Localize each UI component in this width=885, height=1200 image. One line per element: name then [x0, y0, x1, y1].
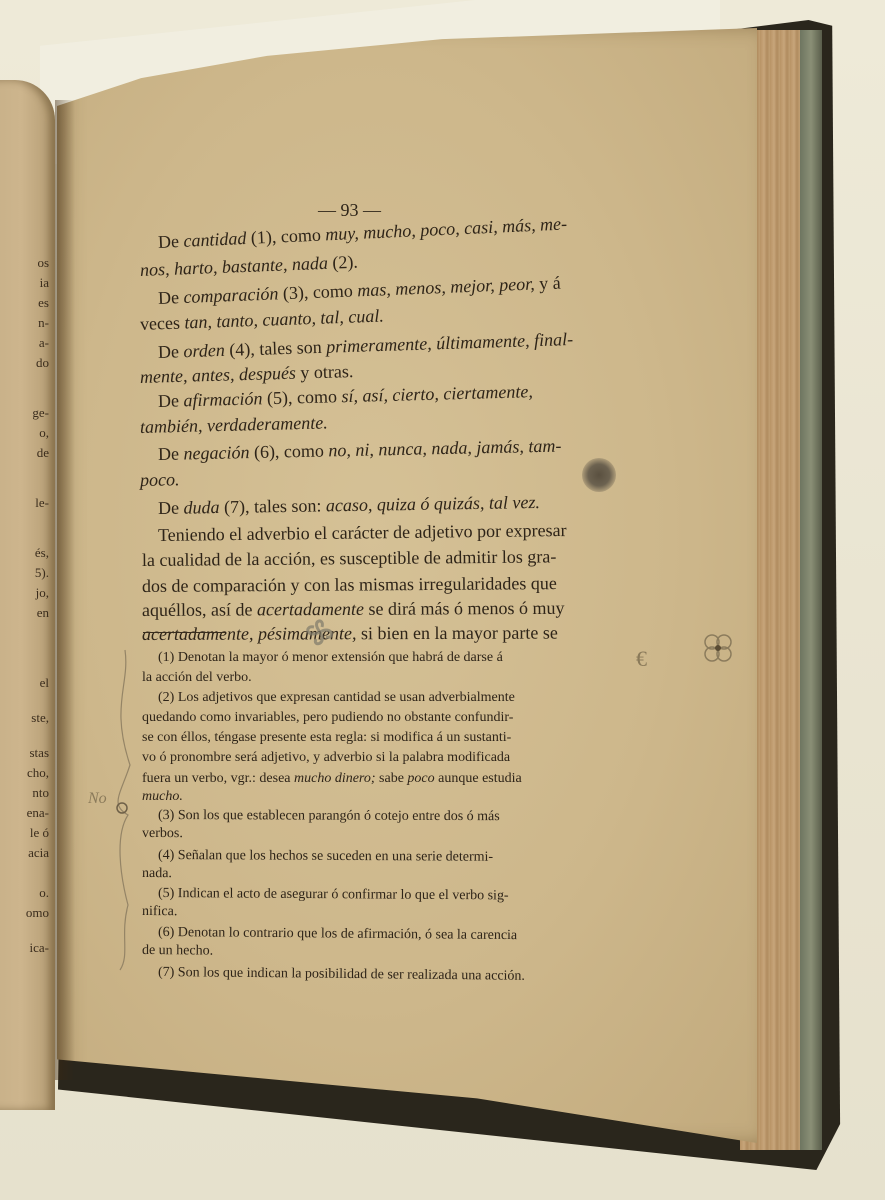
left-page-fragment: omo: [26, 905, 49, 921]
italic-run: mente, antes, después: [140, 363, 296, 387]
text-run: Teniendo el adverbio el carácter de adje…: [158, 520, 567, 545]
text-run: De: [158, 287, 184, 308]
footnote-line: quedando como invariables, pero pudiendo…: [142, 710, 513, 726]
text-run: (3) Son los que establecen parangón ó co…: [158, 808, 500, 824]
italic-run: mucho dinero;: [294, 771, 376, 786]
footnote-line: (5) Indican el acto de asegurar ó confir…: [158, 886, 509, 904]
left-page-fragment: jo,: [36, 585, 49, 601]
left-page-fragment: a-: [39, 335, 49, 351]
left-page-fragment: ica-: [30, 940, 49, 956]
text-run: y á: [534, 273, 561, 294]
left-page-fragment: ia: [40, 275, 49, 291]
italic-run: no, ni, nunca, nada, jamás, tam-: [328, 436, 561, 461]
italic-run: poco.: [140, 469, 180, 490]
stamp-flower-icon: [700, 630, 736, 666]
gutter-shadow: [55, 100, 75, 1080]
italic-run: comparación: [183, 283, 279, 307]
text-run: De: [158, 498, 184, 518]
left-page-fragment: ena-: [27, 805, 49, 821]
text-run: De: [158, 341, 184, 362]
italic-run: sí, así, cierto, ciertamente,: [341, 381, 533, 406]
footnote-line: (3) Son los que establecen parangón ó co…: [158, 808, 500, 825]
footnote-line: fuera un verbo, vgr.: desea mucho dinero…: [142, 771, 522, 787]
body-text-line: acertadamente, pésimamente, si bien en l…: [142, 623, 558, 645]
text-run: fuera un verbo, vgr.: desea: [142, 771, 294, 786]
footnote-line: (4) Señalan que los hechos se suceden en…: [158, 848, 493, 866]
text-run: (2).: [327, 252, 358, 273]
italic-run: cantidad: [183, 228, 247, 251]
footnote-line: de un hecho.: [142, 943, 213, 960]
text-run: (6), como: [249, 440, 328, 462]
text-run: veces: [140, 312, 185, 334]
text-run: quedando como invariables, pero pudiendo…: [142, 710, 513, 725]
footnote-line: la acción del verbo.: [142, 670, 252, 686]
text-run: De: [158, 231, 184, 252]
italic-run: duda: [183, 497, 219, 518]
body-text-line: dos de comparación y con las mismas irre…: [142, 573, 557, 597]
stamp-flourish-icon: [300, 615, 340, 649]
footnote-line: vo ó pronombre será adjetivo, y adverbio…: [142, 750, 510, 766]
text-run: (7), tales son:: [219, 495, 326, 517]
text-run: (6) Denotan lo contrario que los de afir…: [158, 925, 517, 943]
left-page-fragment: ge-: [32, 405, 49, 421]
left-page-fragment: os: [37, 255, 49, 271]
text-run: (4), tales son: [224, 337, 326, 360]
left-page-fragment: le ó: [30, 825, 49, 841]
left-page-fragment: es: [38, 295, 49, 311]
footnote-line: (6) Denotan lo contrario que los de afir…: [158, 925, 517, 944]
text-run: (5), como: [262, 386, 341, 408]
footnote-line: (2) Los adjetivos que expresan cantidad …: [158, 690, 515, 706]
pencil-bracket-mark: [100, 645, 150, 975]
left-page-fragment: ste,: [31, 710, 49, 726]
left-page-fragment: acia: [28, 845, 49, 861]
text-run: aquéllos, así de: [142, 599, 257, 620]
text-run: vo ó pronombre será adjetivo, y adverbio…: [142, 750, 510, 765]
text-run: De: [158, 443, 184, 464]
text-run: sabe: [376, 771, 408, 786]
left-page-fragment: o.: [39, 885, 49, 901]
left-page-fragment: nto: [32, 785, 49, 801]
text-run: (2) Los adjetivos que expresan cantidad …: [158, 690, 515, 705]
text-run: y otras.: [296, 361, 354, 383]
text-run: la cualidad de la acción, es susceptible…: [142, 546, 557, 570]
pencil-note-left: No: [88, 790, 107, 808]
text-run: se con éllos, téngase presente esta regl…: [142, 730, 511, 745]
left-page-fragment: de: [37, 445, 49, 461]
text-run: (1), como: [246, 224, 326, 248]
body-text-line: poco.: [140, 469, 180, 491]
italic-run: acaso, quiza ó quizás, tal vez.: [326, 492, 540, 515]
text-run: (3), como: [278, 280, 358, 303]
pencil-note-right: €: [636, 646, 647, 672]
text-run: la acción del verbo.: [142, 670, 252, 685]
text-run: (7) Son los que indican la posibilidad d…: [158, 965, 525, 984]
footnote-line: se con éllos, téngase presente esta regl…: [142, 730, 511, 746]
left-page-fragment: 5).: [35, 565, 49, 581]
italic-run: orden: [183, 340, 225, 361]
left-page-fragment: o,: [39, 425, 49, 441]
text-run: de un hecho.: [142, 943, 213, 959]
text-run: (4) Señalan que los hechos se suceden en…: [158, 848, 493, 865]
left-page: osiaesn-a-doge-o,dele-és,5).jo,enelste,s…: [0, 80, 55, 1110]
footnote-rule: [143, 632, 225, 633]
text-run: se dirá más ó menos ó muy: [364, 598, 565, 619]
left-page-fragment: el: [40, 675, 49, 691]
text-run: aunque estudia: [435, 771, 522, 786]
text-run: si bien en la mayor parte se: [356, 623, 558, 644]
left-page-fragment: és,: [35, 545, 49, 561]
left-page-fragment: do: [36, 355, 49, 371]
left-page-fragment: en: [37, 605, 49, 621]
left-page-fragment: stas: [30, 745, 50, 761]
text-run: dos de comparación y con las mismas irre…: [142, 573, 557, 596]
italic-run: afirmación: [183, 388, 262, 410]
left-page-fragment: n-: [38, 315, 49, 331]
italic-run: poco: [407, 771, 434, 786]
page-number: — 93 —: [318, 200, 381, 221]
text-run: (5) Indican el acto de asegurar ó confir…: [158, 886, 509, 903]
text-run: De: [158, 390, 184, 411]
cover-edge: [800, 30, 822, 1150]
italic-run: también, verdaderamente.: [140, 412, 328, 437]
left-page-fragment: cho,: [27, 765, 49, 781]
body-text-line: la cualidad de la acción, es susceptible…: [142, 546, 557, 571]
library-stamp-icon: [582, 458, 616, 492]
footnote-line: (1) Denotan la mayor ó menor extensión q…: [158, 650, 503, 666]
left-page-fragment: le-: [35, 495, 49, 511]
text-run: (1) Denotan la mayor ó menor extensión q…: [158, 650, 503, 665]
italic-run: negación: [183, 442, 249, 463]
body-text-line: aquéllos, así de acertadamente se dirá m…: [142, 598, 565, 621]
